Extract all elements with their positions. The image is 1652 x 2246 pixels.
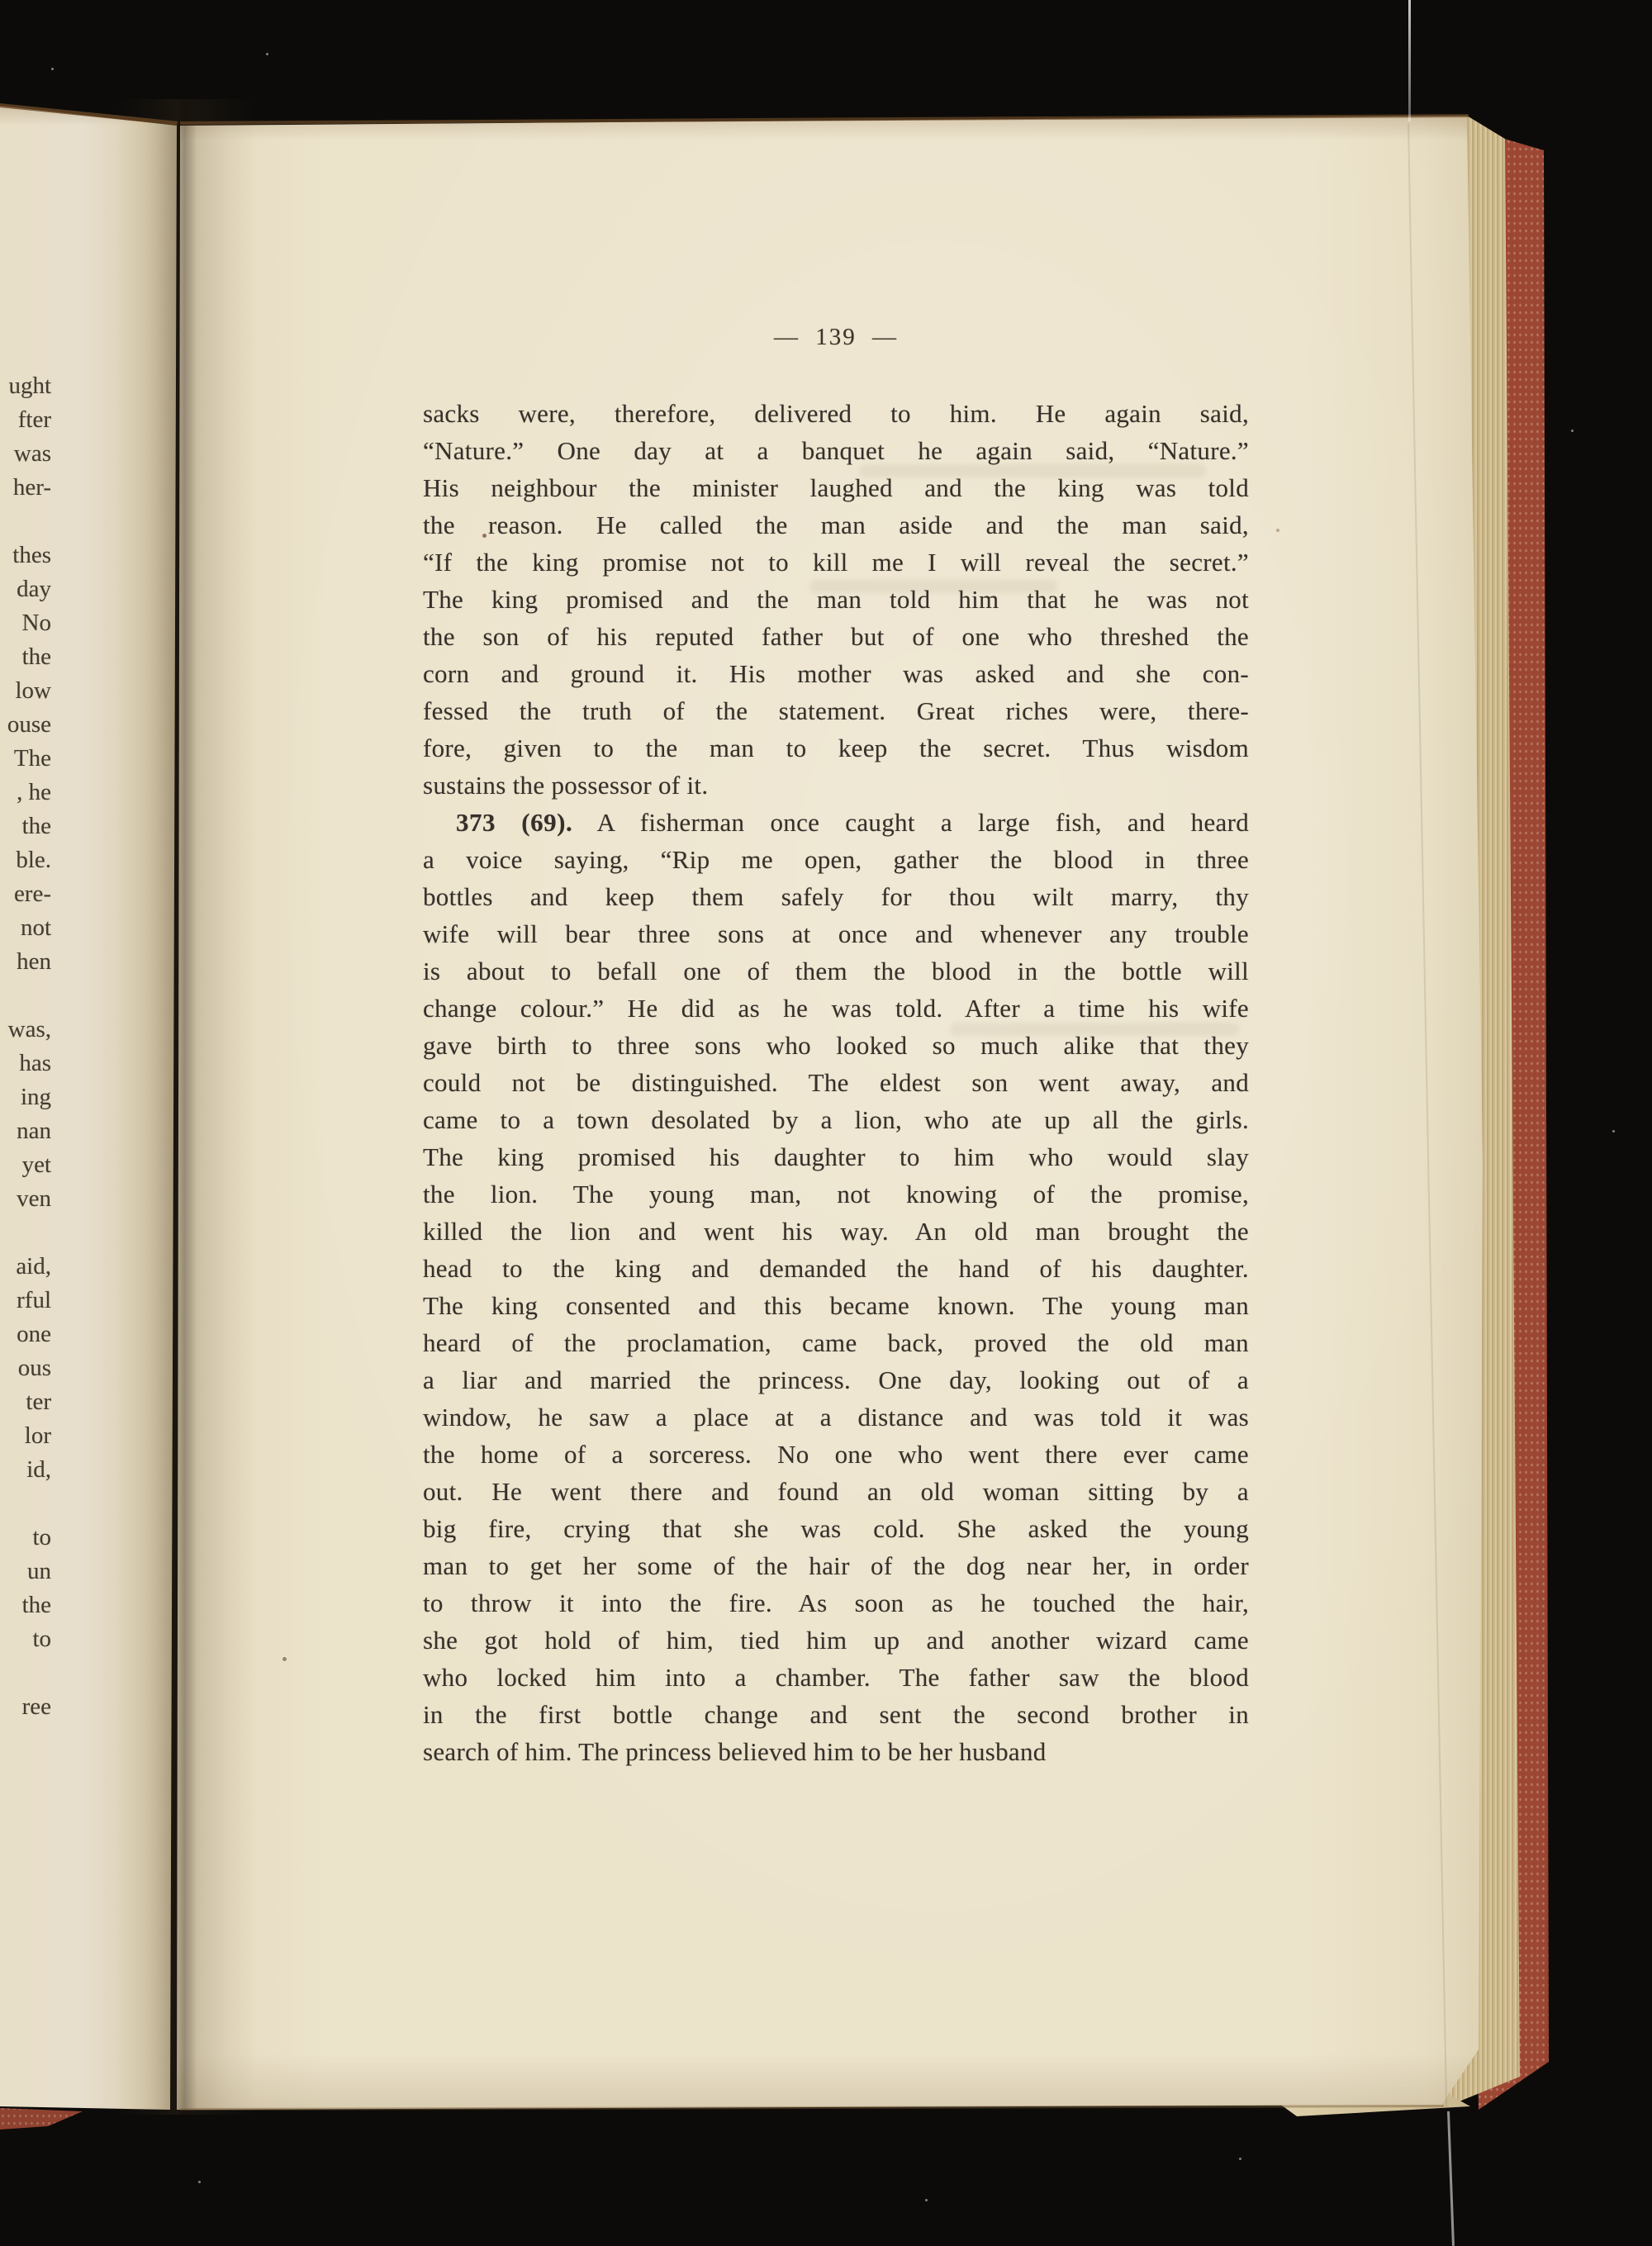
text-line: the lion. The young man, not knowing of … — [423, 1175, 1249, 1213]
left-page-fragment: The — [0, 742, 51, 776]
text-line: sustains the possessor of it. — [423, 767, 1249, 804]
left-page-fragment: rful — [0, 1284, 51, 1318]
left-page-fragment: the — [0, 640, 51, 674]
left-page-fragment: low — [0, 674, 51, 708]
dust-speck — [51, 68, 54, 70]
left-page-fragment: id, — [0, 1453, 51, 1487]
left-page-fragment — [0, 1656, 51, 1690]
left-page-fragment: ere- — [0, 877, 51, 911]
left-page-fragment: nan — [0, 1114, 51, 1148]
left-page-fragment: No — [0, 606, 51, 640]
left-page-text-fragments: ughtfterwasher-thesdayNothelowouseThe, h… — [0, 369, 51, 1724]
left-page-fragment: one — [0, 1318, 51, 1351]
text-line: to throw it into the fire. As soon as he… — [423, 1584, 1249, 1622]
text-line: The king consented and this became known… — [423, 1287, 1249, 1324]
text-line: 373 (69). A fisherman once caught a larg… — [423, 804, 1249, 841]
text-line: she got hold of him, tied him up and ano… — [423, 1622, 1249, 1659]
left-page-fragment: ter — [0, 1385, 51, 1419]
left-page-fragment: the — [0, 810, 51, 843]
left-page-fragment: day — [0, 572, 51, 606]
left-page-fragment: hen — [0, 945, 51, 979]
left-page-fragment: to — [0, 1622, 51, 1656]
text-line: killed the lion and went his way. An old… — [423, 1213, 1249, 1250]
text-line: search of him. The princess believed him… — [423, 1733, 1249, 1770]
left-page-fragment: ught — [0, 369, 51, 403]
left-page-fragment: has — [0, 1047, 51, 1080]
page-text: sacks were, therefore, delivered to him.… — [423, 395, 1249, 1770]
left-page-fragment: yet — [0, 1148, 51, 1182]
left-page-fragment: ouse — [0, 708, 51, 742]
left-page-fragment: aid, — [0, 1250, 51, 1284]
text-line: a voice saying, “Rip me open, gather the… — [423, 841, 1249, 878]
left-page-fragment — [0, 1487, 51, 1521]
dust-speck — [925, 2199, 928, 2201]
text-line: change colour.” He did as he was told. A… — [423, 990, 1249, 1027]
story-number: 373 (69). — [456, 808, 572, 837]
left-page-fragment: her- — [0, 471, 51, 505]
ink-speck — [1276, 529, 1279, 532]
dust-speck — [1571, 430, 1574, 432]
left-page-fragment: was, — [0, 1013, 51, 1047]
left-page-fragment: ree — [0, 1690, 51, 1724]
dust-speck — [266, 53, 268, 55]
left-page-fragment: ven — [0, 1182, 51, 1216]
text-line: gave birth to three sons who looked so m… — [423, 1027, 1249, 1064]
text-line: “Nature.” One day at a banquet he again … — [423, 432, 1249, 469]
left-page-fragment: ous — [0, 1351, 51, 1385]
left-page-fragment — [0, 979, 51, 1013]
left-page-fragment: ing — [0, 1080, 51, 1114]
left-page-fragment: lor — [0, 1419, 51, 1453]
text-line: The king promised his daughter to him wh… — [423, 1138, 1249, 1175]
text-line: in the first bottle change and sent the … — [423, 1696, 1249, 1733]
left-page-fragment — [0, 505, 51, 539]
text-line: sacks were, therefore, delivered to him.… — [423, 395, 1249, 432]
book-photograph: — 139 — sacks were, therefore, delivered… — [0, 0, 1652, 2246]
text-line: the reason. He called the man aside and … — [423, 506, 1249, 544]
dust-speck — [1612, 1130, 1615, 1132]
left-page-fragment — [0, 1216, 51, 1250]
left-page-fragment: fter — [0, 403, 51, 437]
text-line: the home of a sorceress. No one who went… — [423, 1436, 1249, 1473]
text-line: out. He went there and found an old woma… — [423, 1473, 1249, 1510]
left-page-fragment: ble. — [0, 843, 51, 877]
dust-speck — [1239, 2158, 1241, 2160]
left-page-fragment: , he — [0, 776, 51, 810]
glass-edge-bottom — [1447, 2111, 1455, 2246]
text-line: “If the king promise not to kill me I wi… — [423, 544, 1249, 581]
text-line: the son of his reputed father but of one… — [423, 618, 1249, 655]
text-line: head to the king and demanded the hand o… — [423, 1250, 1249, 1287]
text-line: who locked him into a chamber. The fathe… — [423, 1659, 1249, 1696]
glass-edge-top — [1408, 0, 1411, 121]
left-page-fragment: un — [0, 1555, 51, 1588]
left-page-fragment: not — [0, 911, 51, 945]
text-line: His neighbour the minister laughed and t… — [423, 469, 1249, 506]
text-line: is about to befall one of them the blood… — [423, 952, 1249, 990]
text-line: wife will bear three sons at once and wh… — [423, 915, 1249, 952]
dust-speck — [198, 2181, 201, 2183]
book-cover-corner — [0, 2105, 95, 2133]
left-page-fragment: was — [0, 437, 51, 471]
page-number: — 139 — — [423, 324, 1249, 359]
left-page-fragment: the — [0, 1588, 51, 1622]
left-page-fragment: thes — [0, 539, 51, 572]
left-page-fragment: to — [0, 1521, 51, 1555]
text-line: corn and ground it. His mother was asked… — [423, 655, 1249, 692]
text-line: fessed the truth of the statement. Great… — [423, 692, 1249, 729]
text-line: could not be distinguished. The eldest s… — [423, 1064, 1249, 1101]
text-line: a liar and married the princess. One day… — [423, 1361, 1249, 1398]
ink-speck — [282, 1657, 287, 1661]
text-line: man to get her some of the hair of the d… — [423, 1547, 1249, 1584]
text-line: The king promised and the man told him t… — [423, 581, 1249, 618]
text-line: came to a town desolated by a lion, who … — [423, 1101, 1249, 1138]
text-line: fore, given to the man to keep the secre… — [423, 729, 1249, 767]
text-line: window, he saw a place at a distance and… — [423, 1398, 1249, 1436]
text-line: heard of the proclamation, came back, pr… — [423, 1324, 1249, 1361]
text-line: big fire, crying that she was cold. She … — [423, 1510, 1249, 1547]
text-line: bottles and keep them safely for thou wi… — [423, 878, 1249, 915]
